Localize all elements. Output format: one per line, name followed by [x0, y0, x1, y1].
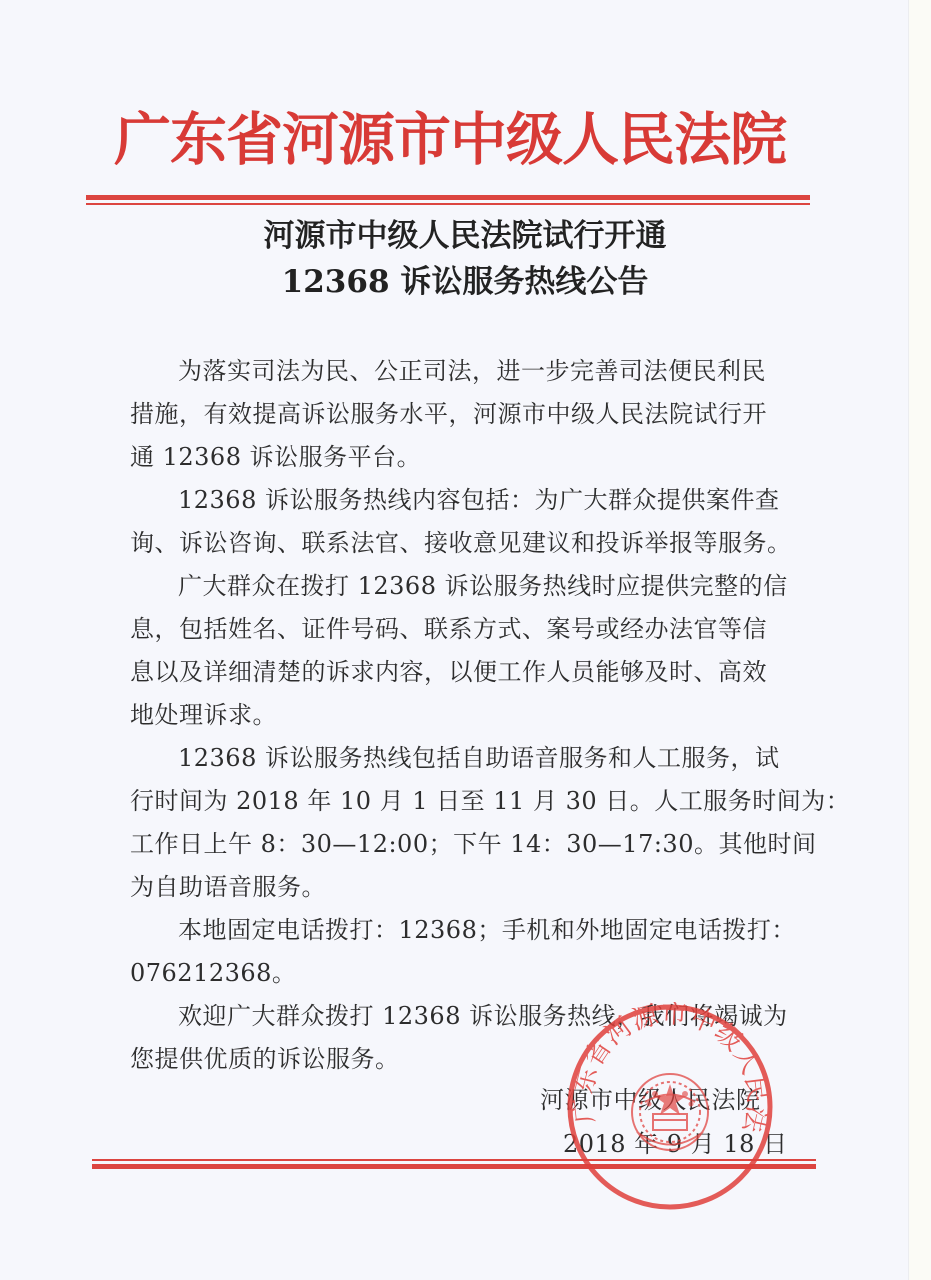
body-line: 12368 诉讼服务热线内容包括：为广大群众提供案件查: [130, 479, 790, 522]
body-line: 工作日上午 8：30—12:00；下午 14：30—17:30。其他时间: [130, 823, 790, 866]
signature-issuer: 河源市中级人民法院: [540, 1080, 761, 1115]
paragraph-welcome: 欢迎广大群众拨打 12368 诉讼服务热线，我们将竭诚为 您提供优质的诉讼服务。: [130, 995, 790, 1081]
paper-edge: [908, 0, 931, 1280]
body-line: 询、诉讼咨询、联系法官、接收意见建议和投诉举报等服务。: [130, 522, 790, 565]
body-line: 您提供优质的诉讼服务。: [130, 1038, 790, 1081]
paragraph-caller-info: 广大群众在拨打 12368 诉讼服务热线时应提供完整的信 息，包括姓名、证件号码…: [130, 565, 790, 737]
paragraph-services: 12368 诉讼服务热线内容包括：为广大群众提供案件查 询、诉讼咨询、联系法官、…: [130, 479, 790, 565]
body-line: 行时间为 2018 年 10 月 1 日至 11 月 30 日。人工服务时间为：: [130, 780, 790, 823]
paragraph-service-hours: 12368 诉讼服务热线包括自助语音服务和人工服务，试 行时间为 2018 年 …: [130, 737, 790, 909]
body-line: 通 12368 诉讼服务平台。: [130, 436, 790, 479]
footer-rule-thick: [92, 1164, 816, 1169]
header-rule-thick: [86, 195, 810, 200]
body-line: 地处理诉求。: [130, 694, 790, 737]
body-line: 息以及详细清楚的诉求内容，以便工作人员能够及时、高效: [130, 651, 790, 694]
notice-title-line2: 12368 诉讼服务热线公告: [100, 260, 830, 304]
body-line: 本地固定电话拨打：12368；手机和外地固定电话拨打：: [130, 909, 790, 952]
body-line: 12368 诉讼服务热线包括自助语音服务和人工服务，试: [130, 737, 790, 780]
signature-date: 2018 年 9 月 18 日: [563, 1124, 788, 1159]
body-line: 息，包括姓名、证件号码、联系方式、案号或经办法官等信: [130, 608, 790, 651]
footer-rule-thin: [92, 1159, 816, 1161]
body-line: 欢迎广大群众拨打 12368 诉讼服务热线，我们将竭诚为: [130, 995, 790, 1038]
court-masthead: 广东省河源市中级人民法院: [90, 100, 810, 180]
paragraph-dial-numbers: 本地固定电话拨打：12368；手机和外地固定电话拨打： 076212368。: [130, 909, 790, 995]
body-line: 措施，有效提高诉讼服务水平，河源市中级人民法院试行开: [130, 393, 790, 436]
paragraph-intro: 为落实司法为民、公正司法，进一步完善司法便民利民 措施，有效提高诉讼服务水平，河…: [130, 350, 790, 479]
body-line: 为落实司法为民、公正司法，进一步完善司法便民利民: [130, 350, 790, 393]
header-rule-thin: [86, 203, 810, 205]
body-line: 广大群众在拨打 12368 诉讼服务热线时应提供完整的信: [130, 565, 790, 608]
body-line: 为自助语音服务。: [130, 866, 790, 909]
notice-body: 为落实司法为民、公正司法，进一步完善司法便民利民 措施，有效提高诉讼服务水平，河…: [130, 350, 790, 1081]
body-line: 076212368。: [130, 952, 790, 995]
notice-title-line1: 河源市中级人民法院试行开通: [100, 214, 830, 258]
